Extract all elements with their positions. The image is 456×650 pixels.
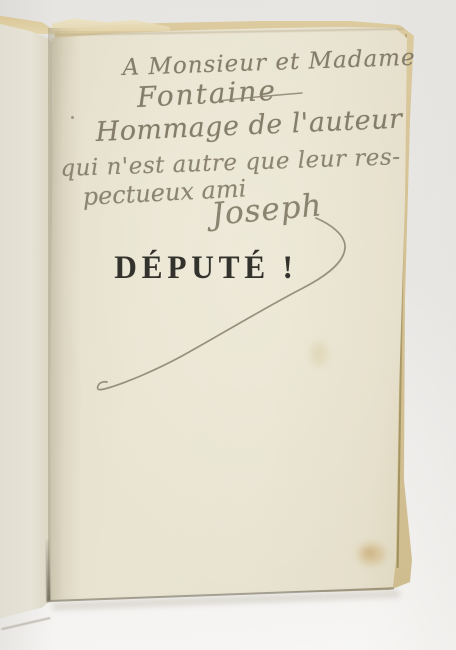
printed-title: DÉPUTÉ ! <box>105 250 306 287</box>
gutter-shadow <box>48 28 82 600</box>
foxing-stain-faint <box>310 342 328 366</box>
foxing-stain-core <box>364 548 376 558</box>
ink-speck <box>71 116 74 119</box>
book-photo: A Monsieur et Madame Fontaine Hommage de… <box>0 0 456 650</box>
